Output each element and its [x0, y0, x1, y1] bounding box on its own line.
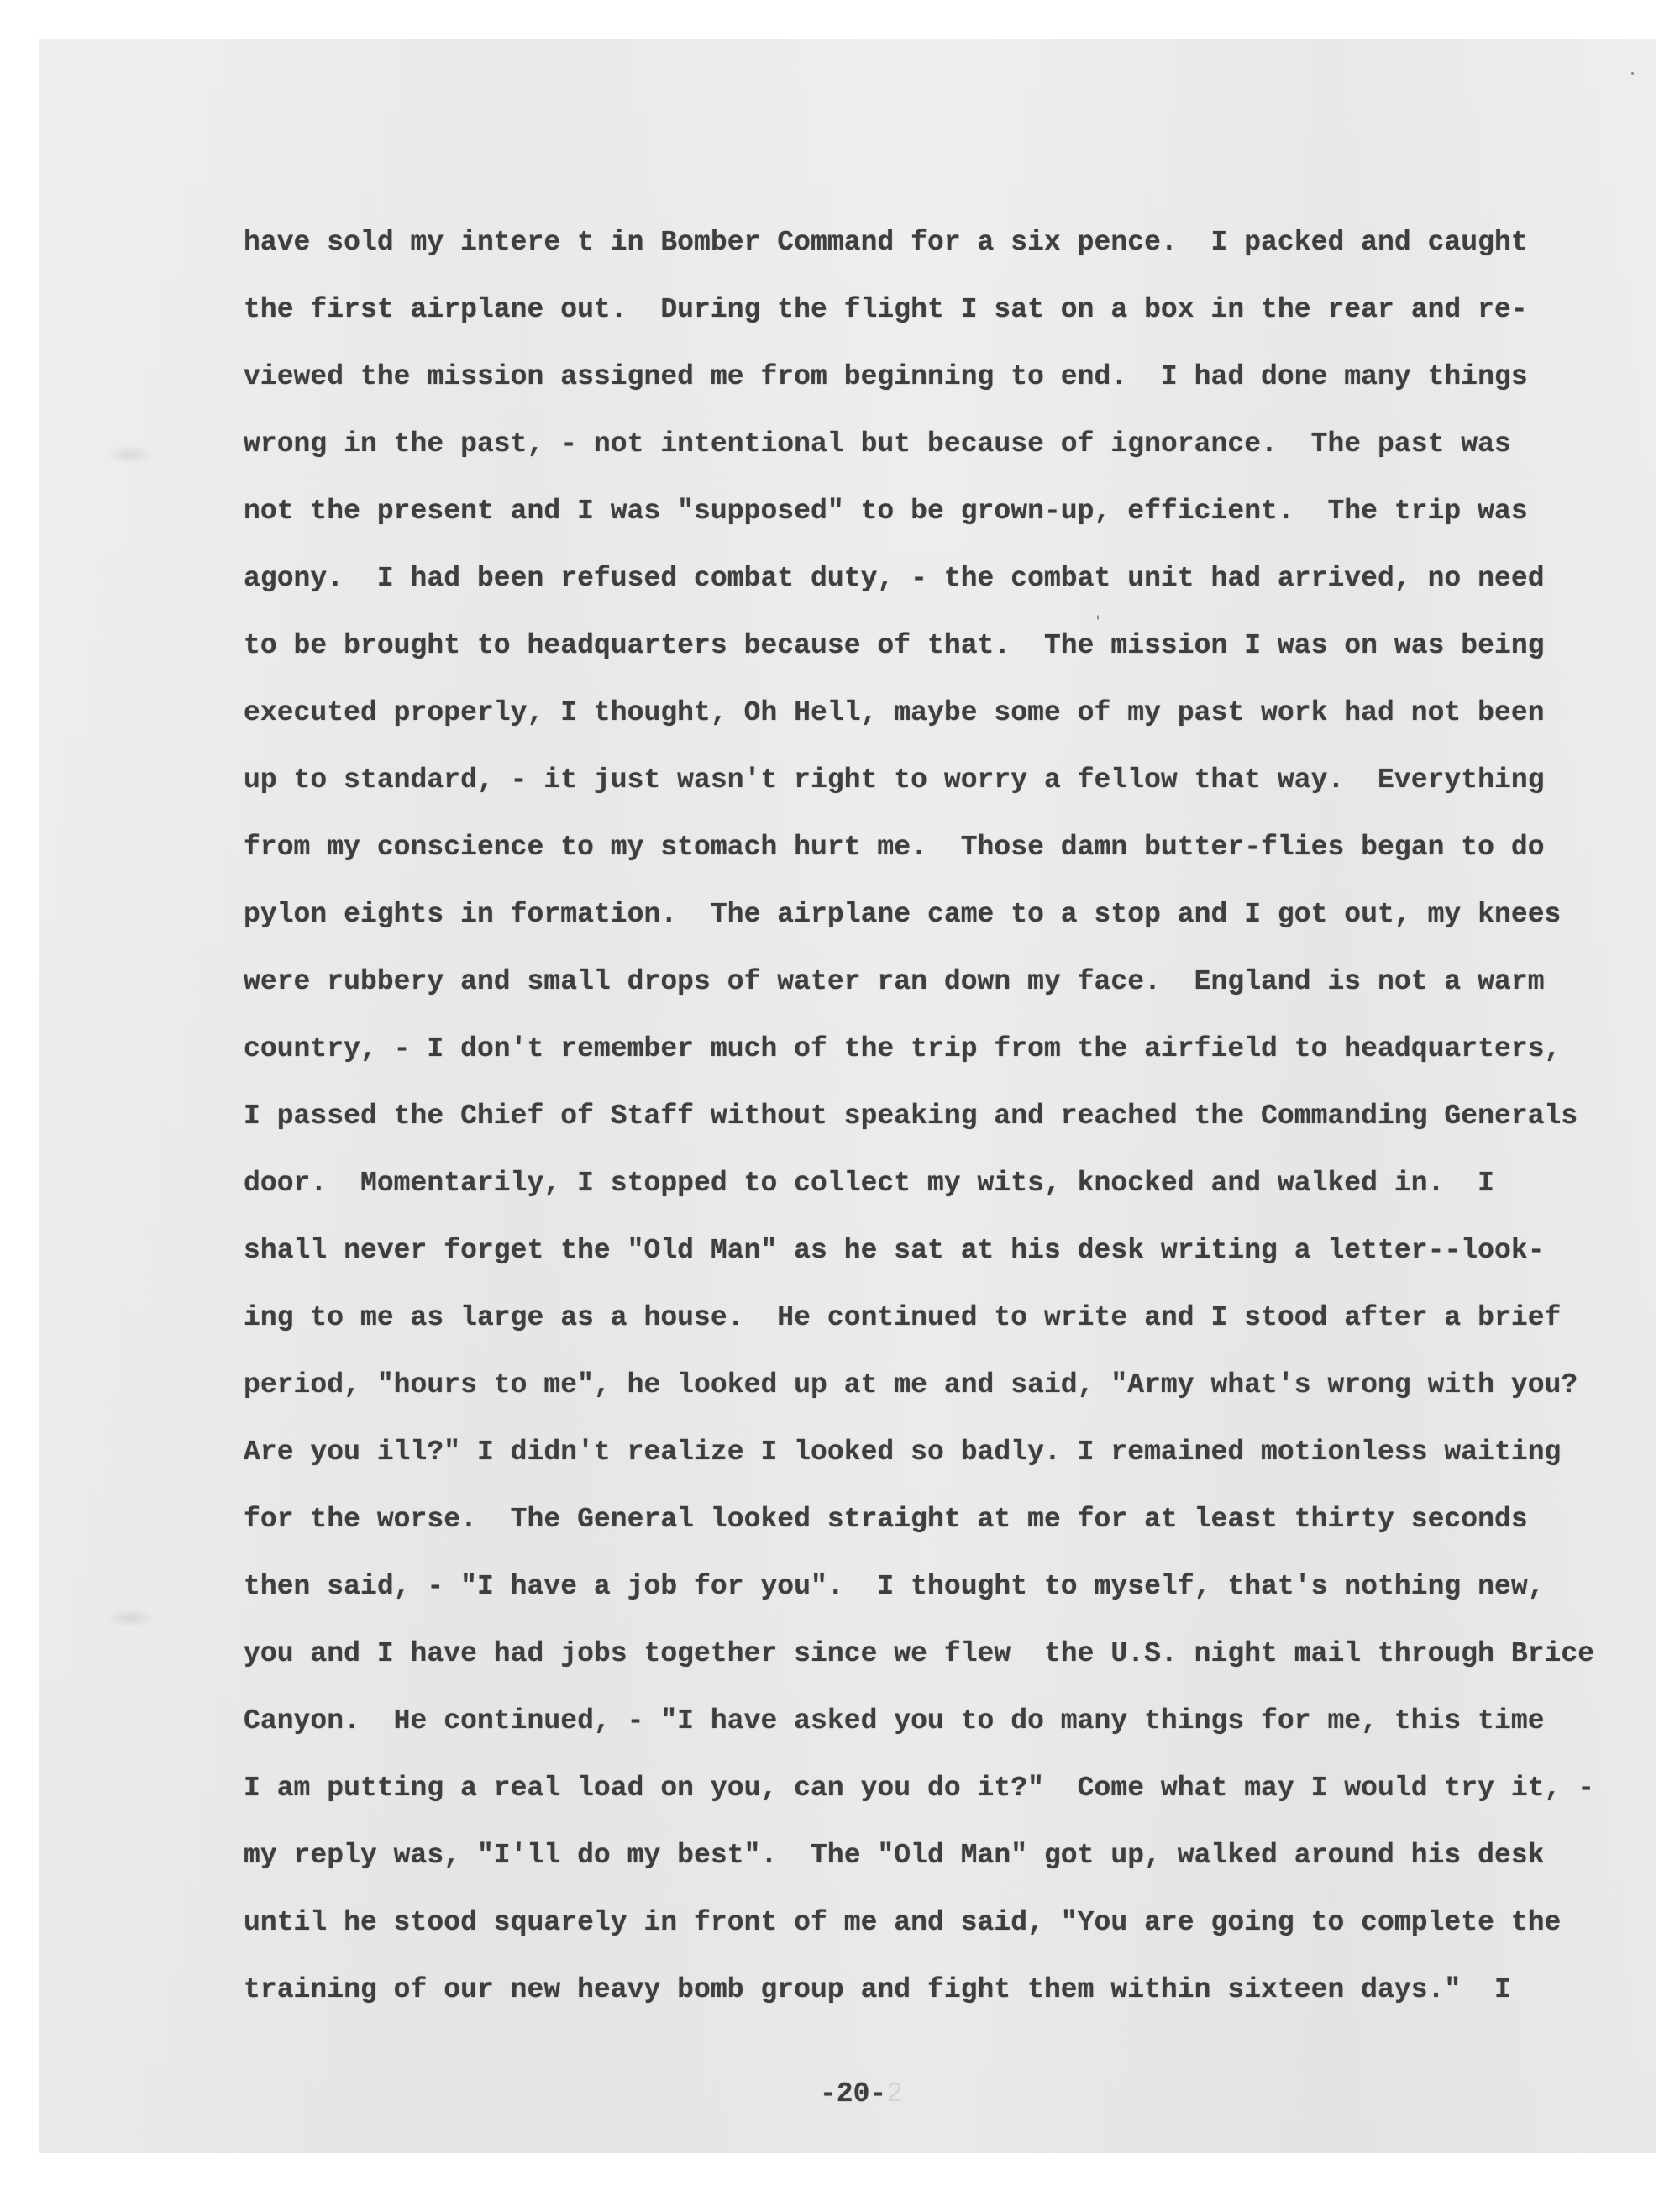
- margin-smudge: [105, 445, 155, 464]
- text-line: training of our new heavy bomb group and…: [244, 1957, 1594, 2024]
- page-number-text: -20-: [820, 2078, 886, 2109]
- text-line: to be brought to headquarters because of…: [244, 612, 1594, 680]
- text-line: pylon eights in formation. The airplane …: [244, 881, 1594, 948]
- text-line: country, - I don't remember much of the …: [244, 1016, 1594, 1083]
- text-line: my reply was, "I'll do my best". The "Ol…: [244, 1822, 1594, 1889]
- text-line: shall never forget the "Old Man" as he s…: [244, 1217, 1594, 1285]
- text-line: for the worse. The General looked straig…: [244, 1486, 1594, 1553]
- text-line: viewed the mission assigned me from begi…: [244, 344, 1594, 411]
- text-line: up to standard, - it just wasn't right t…: [244, 747, 1594, 814]
- text-line: door. Momentarily, I stopped to collect …: [244, 1150, 1594, 1217]
- text-line: I passed the Chief of Staff without spea…: [244, 1083, 1594, 1150]
- page-number-ghost: 2: [886, 2078, 903, 2109]
- text-line: then said, - "I have a job for you". I t…: [244, 1553, 1594, 1621]
- text-line: I am putting a real load on you, can you…: [244, 1755, 1594, 1822]
- text-line: ing to me as large as a house. He contin…: [244, 1285, 1594, 1352]
- text-line: were rubbery and small drops of water ra…: [244, 948, 1594, 1016]
- text-line: Are you ill?" I didn't realize I looked …: [244, 1419, 1594, 1486]
- text-line: not the present and I was "supposed" to …: [244, 478, 1594, 545]
- text-line: Canyon. He continued, - "I have asked yo…: [244, 1688, 1594, 1755]
- paper-speck: [1631, 72, 1634, 75]
- text-line: agony. I had been refused combat duty, -…: [244, 545, 1594, 612]
- margin-smudge: [105, 1609, 155, 1627]
- text-line: until he stood squarely in front of me a…: [244, 1889, 1594, 1957]
- text-line: executed properly, I thought, Oh Hell, m…: [244, 680, 1594, 747]
- text-line: from my conscience to my stomach hurt me…: [244, 814, 1594, 881]
- page-number: -20-2: [820, 2061, 903, 2128]
- text-line: you and I have had jobs together since w…: [244, 1621, 1594, 1688]
- document-body: have sold my intere t in Bomber Command …: [244, 209, 1594, 2024]
- text-line: have sold my intere t in Bomber Command …: [244, 209, 1594, 276]
- text-line: period, "hours to me", he looked up at m…: [244, 1352, 1594, 1419]
- text-line: the first airplane out. During the fligh…: [244, 276, 1594, 344]
- text-line: wrong in the past, - not intentional but…: [244, 411, 1594, 478]
